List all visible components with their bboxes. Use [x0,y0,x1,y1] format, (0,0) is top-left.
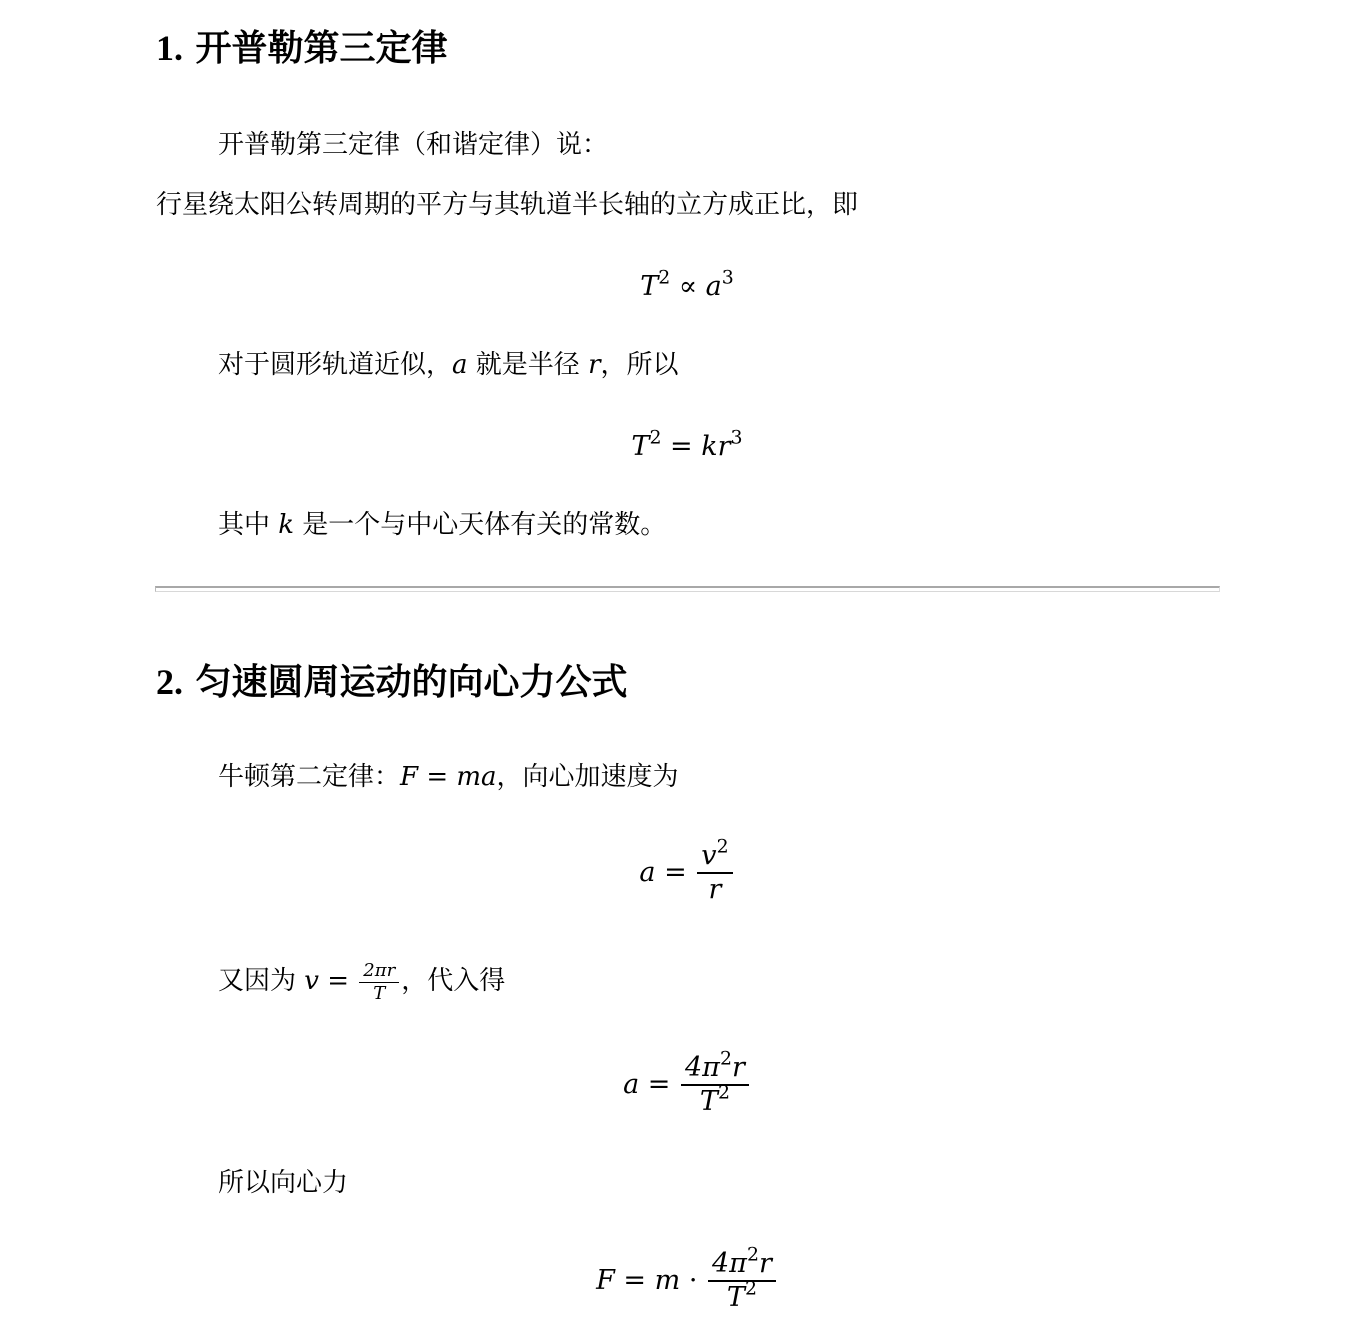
section-2-heading: 2. 匀速圆周运动的向心力公式 [156,660,628,705]
section-2-paragraph-1: 牛顿第二定律：F = ma，向心加速度为 [218,760,679,794]
section-1-heading: 1. 开普勒第三定律 [156,26,448,71]
section-divider [155,586,1220,592]
section-1-paragraph-2: 行星绕太阳公转周期的平方与其轨道半长轴的立方成正比，即 [156,188,858,222]
section-2-paragraph-3: 所以向心力 [218,1166,348,1200]
section-1-paragraph-4: 其中 k 是一个与中心天体有关的常数。 [218,508,666,542]
section-1-number: 1. [156,28,183,68]
section-1-title: 开普勒第三定律 [196,28,448,69]
fraction: 4π2rT2 [681,1052,749,1119]
equation-centripetal-acceleration: a = v2r [156,840,1218,907]
section-1-paragraph-3: 对于圆形轨道近似，a 就是半径 r，所以 [218,348,679,382]
fraction: 4π2rT2 [708,1248,776,1315]
fraction: v2r [697,840,732,907]
equation-kepler-proportional: T2 ∝ a3 [156,270,1218,304]
equation-acceleration-period: a = 4π2rT2 [156,1052,1218,1119]
equation-centripetal-force: F = m · 4π2rT2 [156,1248,1218,1315]
section-2-title: 匀速圆周运动的向心力公式 [196,662,628,703]
equation-kepler-constant: T2 = kr3 [156,430,1218,464]
section-2-number: 2. [156,662,183,702]
inline-fraction: 2πrT [359,960,399,1004]
section-2-paragraph-2: 又因为 v = 2πrT，代入得 [218,960,505,1004]
section-1-paragraph-1: 开普勒第三定律（和谐定律）说： [218,128,608,162]
